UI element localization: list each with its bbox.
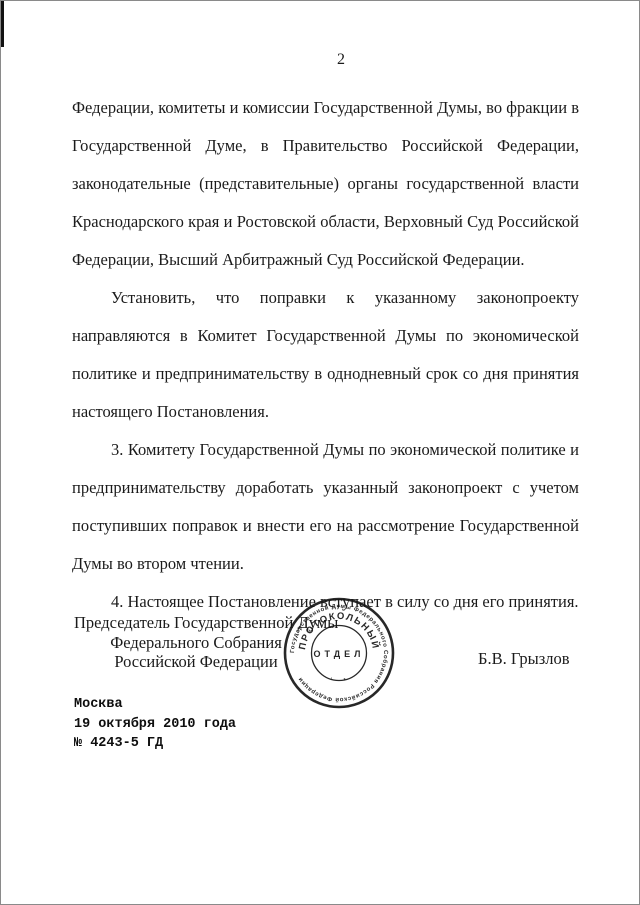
text-line: Краснодарского края и Ростовской области…	[72, 203, 579, 241]
signee-name: Б.В. Грызлов	[478, 649, 569, 669]
stamp-bottom-marks: · ¹ · * ·	[323, 674, 356, 684]
text-line: Думы во втором чтении.	[72, 545, 579, 583]
text-line: 3. Комитету Государственной Думы по экон…	[72, 431, 579, 469]
text-line: направляются в Комитет Государственной Д…	[72, 317, 579, 355]
text-line: предпринимательству доработать указанный…	[72, 469, 579, 507]
text-line: поступивших поправок и внести его на рас…	[72, 507, 579, 545]
text-line: настоящего Постановления.	[72, 393, 579, 431]
text-line: политике и предпринимательству в однодне…	[72, 355, 579, 393]
text-line: Федерации, Высший Арбитражный Суд Россий…	[72, 241, 579, 279]
text-line: Установить, что поправки к указанному за…	[72, 279, 579, 317]
scan-artifact	[1, 1, 4, 47]
document-footer-block: Москва 19 октября 2010 года № 4243-5 ГД	[74, 695, 236, 754]
stamp-center-text: ОТДЕЛ	[313, 649, 364, 659]
footer-city: Москва	[74, 695, 236, 715]
page-number: 2	[331, 51, 351, 69]
text-line: законодательные (представительные) орган…	[72, 165, 579, 203]
document-body-text: Федерации, комитеты и комиссии Государст…	[72, 89, 579, 621]
document-page: 2 Федерации, комитеты и комиссии Государ…	[0, 0, 640, 905]
text-line: Федерации, комитеты и комиссии Государст…	[72, 89, 579, 127]
footer-number: № 4243-5 ГД	[74, 734, 236, 754]
protocol-department-stamp: Государственной Думы Федерального Собран…	[269, 583, 409, 723]
text-line: Государственной Думе, в Правительство Ро…	[72, 127, 579, 165]
footer-date: 19 октября 2010 года	[74, 715, 236, 735]
